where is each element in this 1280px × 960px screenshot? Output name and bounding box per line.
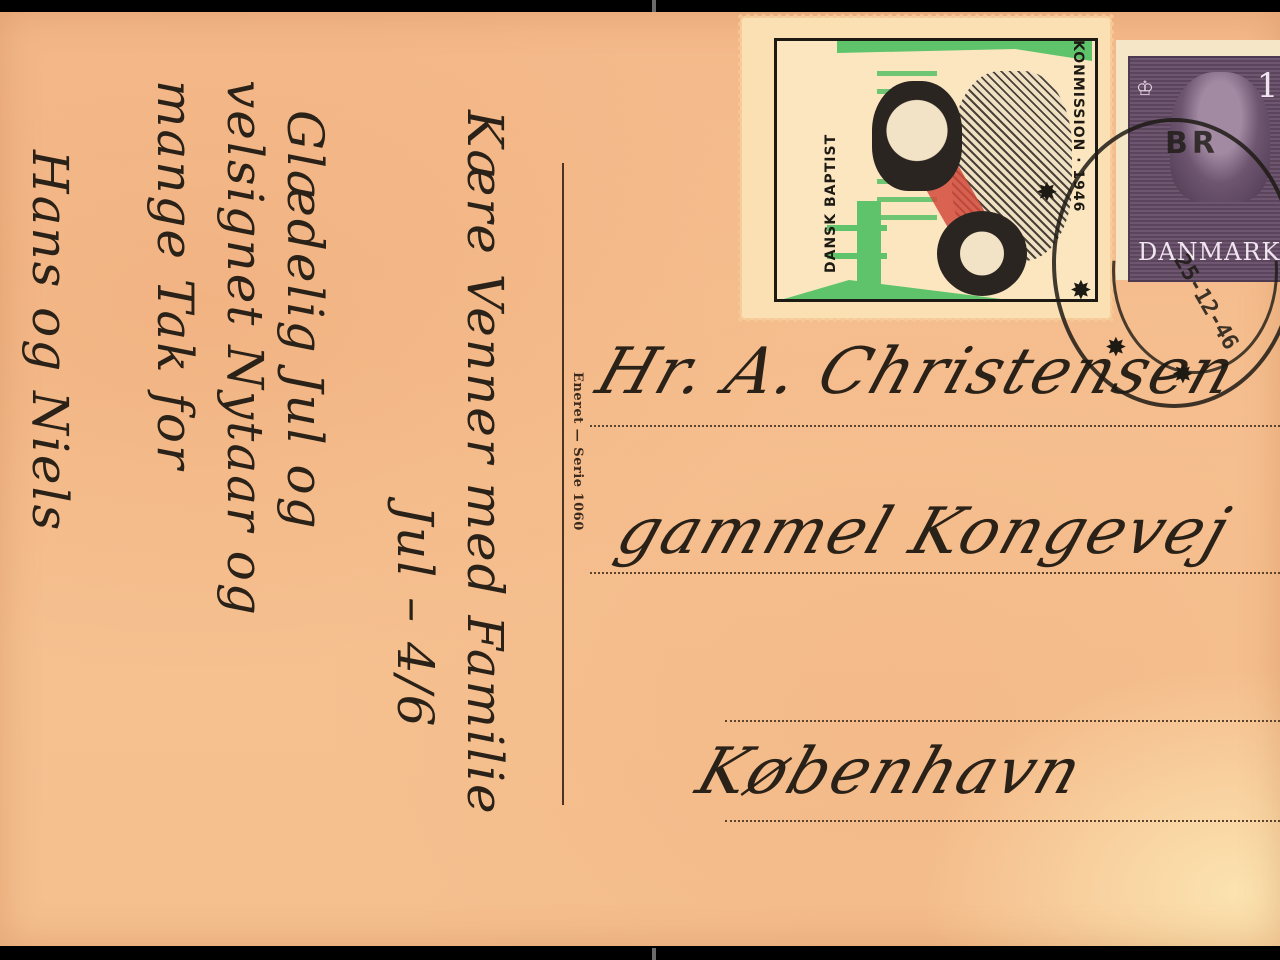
address-line-4	[725, 820, 1280, 822]
address-line-2	[590, 572, 1280, 574]
seal-frame: DANSK BAPTIST	[774, 38, 1098, 302]
postmark-town: BR	[1165, 126, 1219, 161]
postmark-star-icon: ✸	[1070, 278, 1092, 304]
seal-title-left: DANSK BAPTIST	[823, 134, 839, 273]
postmark-star-icon: ✸	[1036, 180, 1058, 206]
message-line-1: Kære Venner med Familie	[460, 110, 510, 816]
address-line-3	[725, 720, 1280, 722]
message-signature: Hans og Niels	[25, 150, 75, 532]
postcard-divider-line	[562, 163, 564, 805]
scan-edge-marker	[652, 0, 656, 12]
address-line-1	[590, 425, 1280, 427]
scan-edge-marker	[652, 948, 656, 960]
message-line-3: velsignet Nytaar og	[220, 80, 270, 617]
stamp-denomination: 10	[1257, 66, 1280, 106]
recipient-street: gammel Kongevej	[608, 495, 1240, 569]
seal-green-hills-icon	[837, 41, 1092, 61]
printed-series-text: Eneret — Serie 1060	[570, 372, 585, 531]
seal-face-figure	[872, 81, 962, 191]
message-date: Jul – 4/6	[390, 505, 440, 729]
seal-child-figure	[937, 211, 1027, 296]
crown-monogram-icon: ♔	[1136, 76, 1154, 100]
recipient-city: København	[688, 735, 1092, 809]
postmark-star-icon: ✸	[1105, 335, 1127, 361]
message-line-4: mange Tak for	[150, 80, 200, 471]
postmark-star-icon: ✸	[1172, 362, 1194, 388]
message-line-2: Glædelig Jul og	[280, 110, 330, 531]
